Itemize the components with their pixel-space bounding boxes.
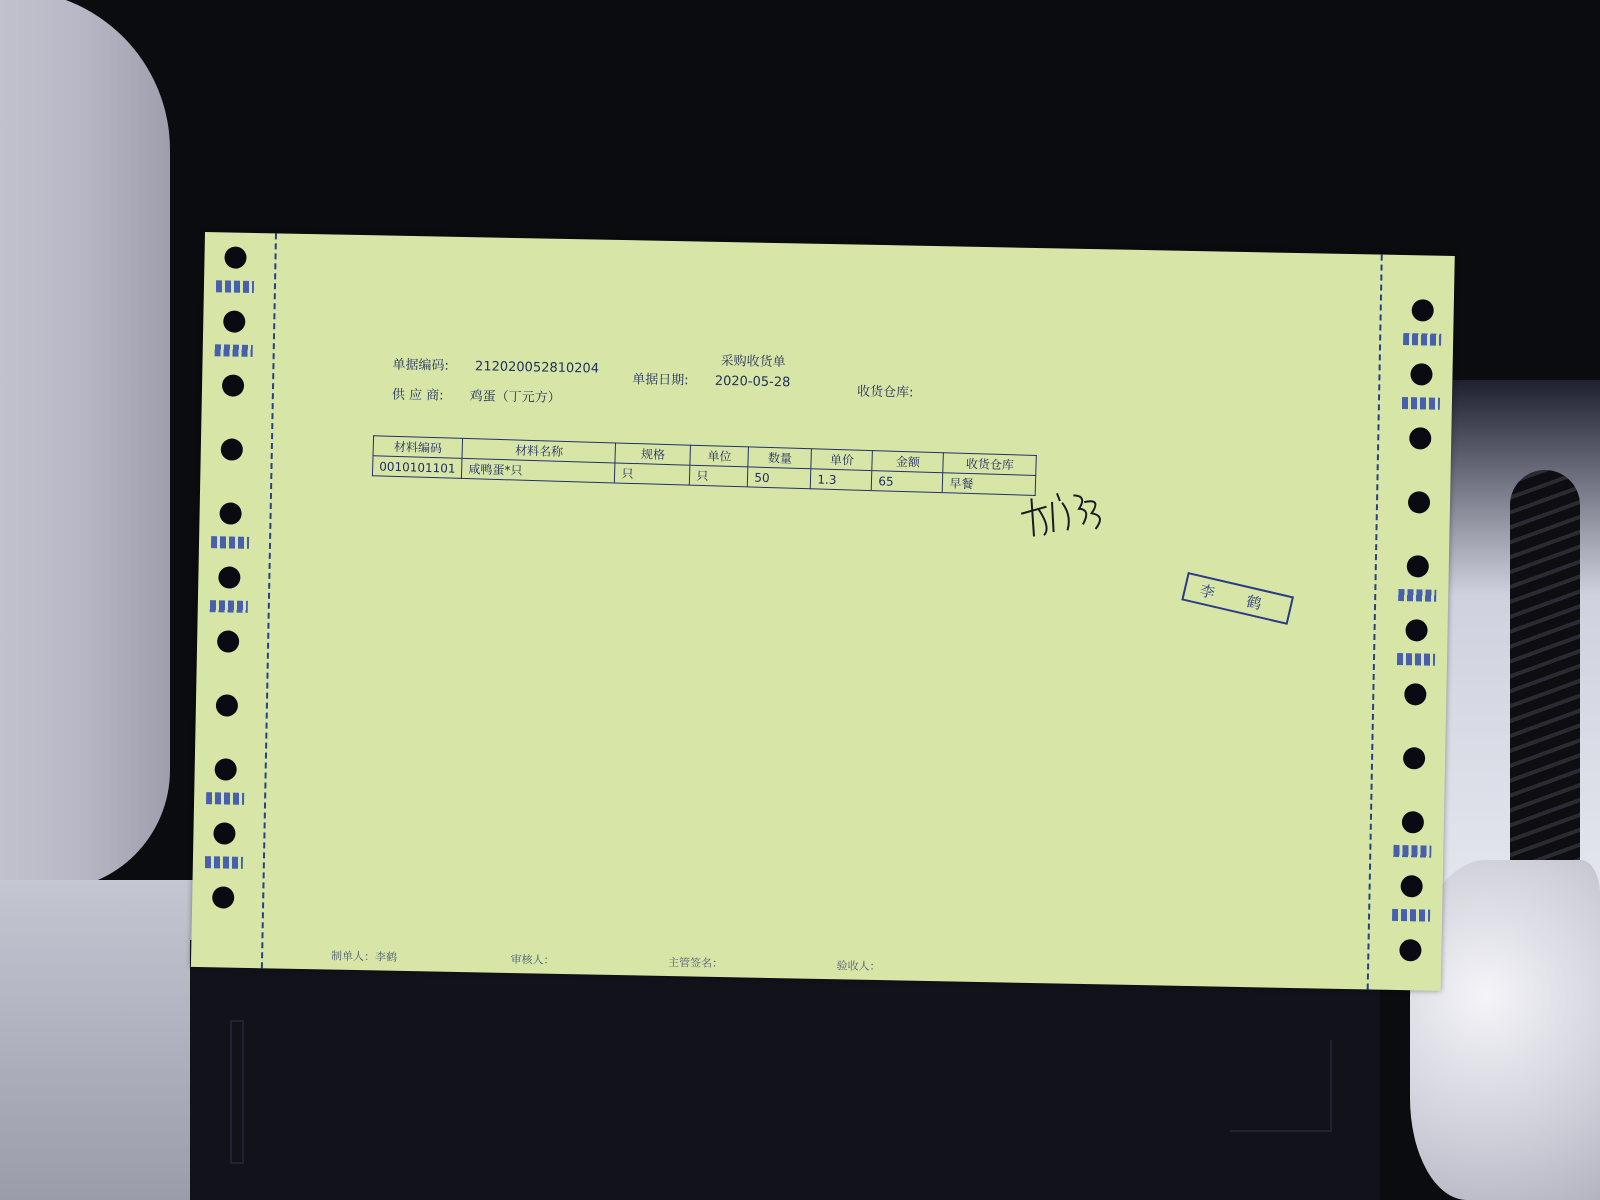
supplier-value: 鸡蛋（丁元方） (470, 389, 561, 406)
warehouse-field: 收货仓库: (857, 381, 936, 402)
document-title: 采购收货单 (720, 350, 785, 370)
tray-slot (230, 1020, 244, 1164)
header-quantity: 数量 (748, 447, 812, 469)
cell-amount: 65 (872, 471, 944, 493)
document-date-label: 单据日期: (632, 372, 689, 388)
document-code-field: 单据编码: 212020052810204 (392, 354, 599, 377)
header-amount: 金额 (872, 451, 944, 473)
signature-scribble-icon (1017, 481, 1112, 541)
header-unit-price: 单价 (811, 449, 873, 471)
supplier-field: 供 应 商: 鸡蛋（丁元方） (392, 384, 561, 406)
document-date-value: 2020-05-28 (715, 374, 791, 390)
footer-inspector: 验收人： (836, 959, 880, 973)
cell-quantity: 50 (748, 467, 812, 489)
cell-unit: 只 (690, 465, 749, 487)
footer-preparer: 制单人：李鹤 (331, 950, 397, 964)
printer-body (0, 0, 170, 890)
header-receiving-warehouse: 收货仓库 (943, 453, 1037, 476)
receipt-content: 采购收货单 单据编码: 212020052810204 单据日期: 2020-0… (191, 232, 1455, 991)
warehouse-label: 收货仓库: (857, 385, 914, 401)
cell-material-code: 0010101101 (372, 456, 462, 479)
header-spec: 规格 (615, 443, 691, 465)
name-stamp: 李 鹤 (1181, 572, 1294, 625)
receipt-paper: 采购收货单 单据编码: 212020052810204 单据日期: 2020-0… (191, 232, 1455, 991)
handwritten-signature (1017, 481, 1113, 549)
cell-material-name: 咸鸭蛋*只 (462, 458, 616, 483)
footer-supervisor: 主管签名： (668, 956, 723, 970)
footer-reviewer: 审核人： (510, 953, 554, 967)
tray-slot (1230, 1040, 1332, 1132)
header-unit: 单位 (690, 445, 749, 467)
coiled-cable (1510, 470, 1580, 910)
document-code-label: 单据编码: (392, 358, 449, 374)
cell-spec: 只 (615, 463, 691, 485)
desk-surface (0, 880, 200, 1200)
cell-unit-price: 1.3 (811, 469, 873, 491)
supplier-label: 供 应 商: (392, 388, 444, 404)
items-table: 材料编码 材料名称 规格 单位 数量 单价 金额 收货仓库 0010101101… (372, 435, 1037, 496)
header-material-code: 材料编码 (373, 436, 463, 459)
document-code-value: 212020052810204 (475, 359, 599, 376)
document-date-field: 单据日期: 2020-05-28 (632, 368, 790, 390)
